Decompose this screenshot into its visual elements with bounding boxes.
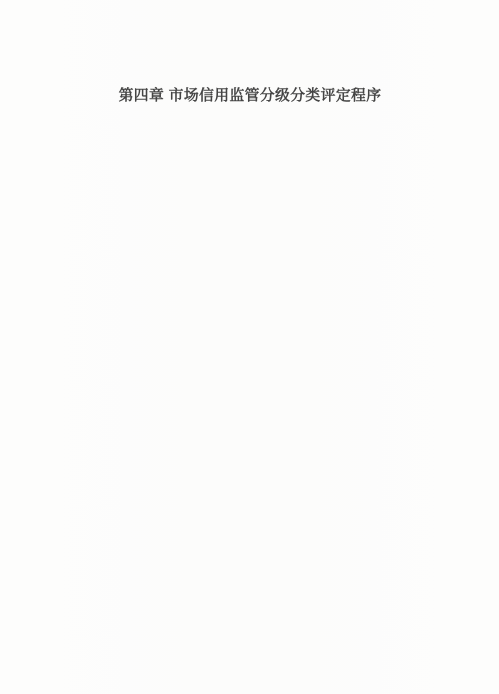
document-page: 第四章 市场信用监管分级分类评定程序 (0, 0, 499, 694)
chapter-heading: 第四章 市场信用监管分级分类评定程序 (62, 84, 438, 109)
document-body: 第四章 市场信用监管分级分类评定程序 (62, 84, 438, 109)
